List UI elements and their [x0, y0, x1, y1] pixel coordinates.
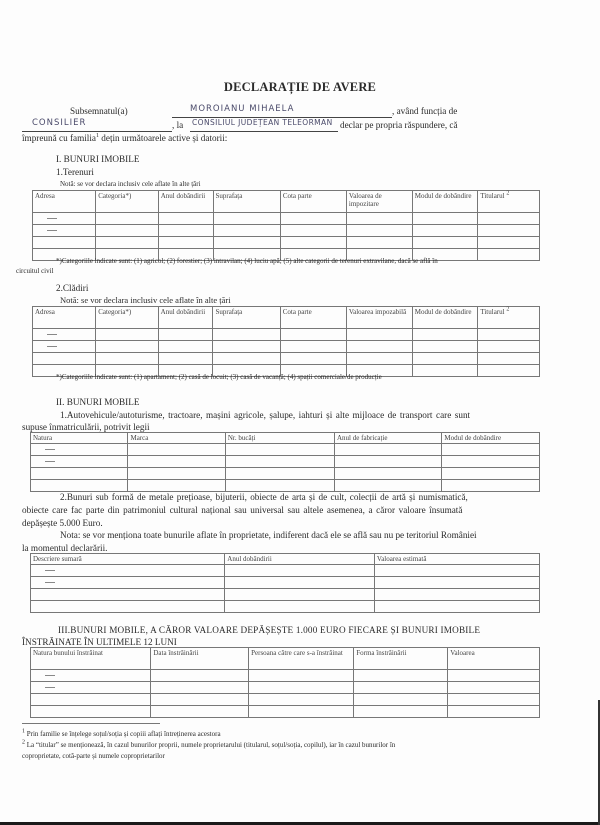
table-cell[interactable]	[412, 237, 478, 249]
vehicles-table: NaturaMarcaNr. bucățiAnul de fabricațieM…	[30, 432, 540, 492]
table-cell[interactable]	[96, 225, 158, 237]
table-row	[31, 444, 540, 456]
vehicles-text1: 1.Autovehicule/autoturisme, tractoare, m…	[60, 410, 470, 420]
table-cell[interactable]	[128, 468, 225, 480]
dash-mark	[47, 230, 57, 231]
column-header: Modul de dobândire	[412, 307, 478, 329]
terenuri-footnote-cont: circuitul civil	[16, 267, 54, 275]
column-header: Modul de dobândire	[412, 191, 478, 213]
table-cell[interactable]	[280, 329, 346, 341]
column-header: Anul de fabricație	[335, 433, 442, 444]
table-row	[31, 694, 540, 706]
table-cell[interactable]	[96, 329, 158, 341]
table-cell[interactable]	[280, 225, 346, 237]
table-cell[interactable]	[335, 444, 442, 456]
table-cell[interactable]	[478, 249, 540, 261]
declaration-page: DECLARAȚIE DE AVERE Subsemnatul(a) MOROI…	[0, 0, 600, 825]
table-cell[interactable]	[346, 353, 412, 365]
dash-mark	[45, 687, 55, 688]
table-cell[interactable]	[374, 577, 539, 589]
table-cell[interactable]	[335, 480, 442, 492]
table-cell[interactable]	[213, 329, 280, 341]
table-cell[interactable]	[128, 480, 225, 492]
column-header: Natura bunului înstrăinat	[31, 648, 151, 670]
table-cell[interactable]	[128, 444, 225, 456]
footnote-divider	[22, 723, 160, 724]
column-header: Cota parte	[280, 307, 346, 329]
table-row	[31, 589, 540, 601]
valuables-text2: obiecte care fac parte din patrimoniul c…	[22, 505, 462, 515]
table-cell[interactable]	[33, 237, 96, 249]
table-cell[interactable]	[158, 329, 213, 341]
table-cell[interactable]	[33, 341, 96, 353]
table-cell[interactable]	[31, 682, 151, 694]
table-cell[interactable]	[225, 601, 375, 613]
table-cell[interactable]	[213, 237, 280, 249]
table-cell[interactable]	[31, 706, 151, 718]
table-row	[33, 225, 540, 237]
table-header-row: NaturaMarcaNr. bucățiAnul de fabricațieM…	[31, 433, 540, 444]
avand-functia-text: , având funcția de	[392, 106, 457, 116]
table-cell[interactable]	[225, 456, 334, 468]
table-row	[31, 565, 540, 577]
table-row	[31, 706, 540, 718]
table-header-row: AdresaCategoria*)Anul dobândiriiSuprafaț…	[33, 191, 540, 213]
column-header: Natura	[31, 433, 128, 444]
declar-text: declar pe propria răspundere, că	[340, 120, 458, 130]
footnote-2-cont: coproprietate, cotă-parte și numele copr…	[22, 752, 165, 760]
terenuri-title: 1.Terenuri	[56, 167, 94, 177]
table-cell[interactable]	[478, 225, 540, 237]
terenuri-table: AdresaCategoria*)Anul dobândiriiSuprafaț…	[32, 190, 540, 261]
terenuri-note: Notă: se vor declara inclusiv cele aflat…	[60, 180, 201, 188]
table-row	[31, 577, 540, 589]
column-header: Valoarea impozabilă	[346, 307, 412, 329]
table-cell[interactable]	[33, 353, 96, 365]
terenuri-footnote: *)Categoriile indicate sunt: (1) agricol…	[56, 257, 438, 265]
table-cell[interactable]	[31, 480, 128, 492]
table-cell[interactable]	[249, 682, 354, 694]
table-cell[interactable]	[442, 456, 540, 468]
column-header: Modul de dobândire	[442, 433, 540, 444]
table-cell[interactable]	[158, 341, 213, 353]
footnote-ref-2: 2	[506, 307, 509, 313]
intro-line3-a: împreună cu familia	[22, 133, 96, 143]
column-header: Anul dobândirii	[225, 554, 375, 565]
table-row	[33, 213, 540, 225]
column-header: Adresa	[33, 191, 96, 213]
subsemnatul-label: Subsemnatul(a)	[70, 106, 128, 116]
table-cell[interactable]	[280, 353, 346, 365]
table-cell[interactable]	[280, 213, 346, 225]
table-cell[interactable]	[346, 213, 412, 225]
table-row	[31, 682, 540, 694]
table-row	[31, 480, 540, 492]
table-cell[interactable]	[151, 682, 249, 694]
table-cell[interactable]	[346, 225, 412, 237]
table-row	[33, 353, 540, 365]
table-cell[interactable]	[128, 456, 225, 468]
table-cell[interactable]	[151, 706, 249, 718]
table-cell[interactable]	[442, 480, 540, 492]
valuables-note1: Nota: se vor menționa toate bunurile afl…	[60, 530, 477, 540]
table-cell[interactable]	[96, 341, 158, 353]
table-row	[31, 601, 540, 613]
section3-heading1: III.BUNURI MOBILE, A CĂROR VALOARE DEPĂȘ…	[58, 625, 480, 635]
table-cell[interactable]	[96, 237, 158, 249]
table-cell[interactable]	[448, 706, 540, 718]
table-cell[interactable]	[31, 601, 225, 613]
cladiri-table: AdresaCategoria*)Anul dobândiriiSuprafaț…	[32, 306, 540, 377]
cladiri-title: 2.Clădiri	[56, 283, 88, 293]
section1-heading: I. BUNURI IMOBILE	[56, 154, 139, 164]
table-cell[interactable]	[478, 365, 540, 377]
function-handwritten: CONSILIER	[32, 118, 86, 128]
alienated-table: Natura bunului înstrăinatData înstrăinăr…	[30, 647, 540, 718]
valuables-note2: la momentul declarării.	[22, 543, 107, 553]
table-cell[interactable]	[213, 353, 280, 365]
table-cell[interactable]	[478, 353, 540, 365]
table-cell[interactable]	[249, 694, 354, 706]
table-cell[interactable]	[478, 329, 540, 341]
column-header: Nr. bucăți	[225, 433, 334, 444]
valuables-table: Descriere sumarăAnul dobândiriiValoarea …	[30, 553, 540, 613]
table-cell[interactable]	[354, 706, 448, 718]
cladiri-note: Notă: se vor declara inclusiv cele aflat…	[60, 295, 231, 305]
table-row	[31, 468, 540, 480]
column-header: Titularul 2	[478, 191, 540, 213]
name-handwritten: MOROIANU MIHAELA	[190, 104, 294, 114]
column-header: Anul dobândirii	[158, 191, 213, 213]
column-header: Titularul 2	[478, 307, 540, 329]
table-cell[interactable]	[213, 213, 280, 225]
table-cell[interactable]	[33, 329, 96, 341]
table-cell[interactable]	[412, 213, 478, 225]
section3-heading2: ÎNSTRĂINATE ÎN ULTIMELE 12 LUNI	[22, 637, 177, 647]
column-header: Categoria*)	[96, 191, 158, 213]
table-cell[interactable]	[354, 694, 448, 706]
table-cell[interactable]	[374, 601, 539, 613]
table-cell[interactable]	[478, 213, 540, 225]
table-cell[interactable]	[33, 225, 96, 237]
dash-mark	[47, 334, 57, 335]
footnote-1: 1 Prin familie se înțelege soțul/soția ș…	[22, 730, 221, 738]
table-row	[33, 341, 540, 353]
table-cell[interactable]	[448, 670, 540, 682]
la-label: , la	[172, 120, 183, 130]
table-cell[interactable]	[225, 565, 375, 577]
dash-mark	[45, 675, 55, 676]
table-cell[interactable]	[478, 237, 540, 249]
intro-line3-b: dețin următoarele active și datorii:	[99, 133, 227, 143]
table-cell[interactable]	[442, 468, 540, 480]
institution-handwritten: CONSILIUL JUDEȚEAN TELEORMAN	[192, 118, 333, 127]
footnote-2: 2 La “titular” se menționează, în cazul …	[22, 741, 395, 749]
table-cell[interactable]	[31, 456, 128, 468]
document-title: DECLARAȚIE DE AVERE	[0, 80, 600, 95]
table-cell[interactable]	[335, 468, 442, 480]
table-cell[interactable]	[213, 341, 280, 353]
column-header: Suprafața	[213, 191, 280, 213]
table-cell[interactable]	[225, 480, 334, 492]
name-field[interactable]: MOROIANU MIHAELA	[172, 106, 392, 118]
table-cell[interactable]	[31, 670, 151, 682]
table-cell[interactable]	[158, 353, 213, 365]
table-header-row: Descriere sumarăAnul dobândiriiValoarea …	[31, 554, 540, 565]
table-cell[interactable]	[478, 341, 540, 353]
table-cell[interactable]	[354, 670, 448, 682]
footnote-ref-2: 2	[506, 191, 509, 197]
table-cell[interactable]	[448, 682, 540, 694]
column-header: Suprafața	[213, 307, 280, 329]
table-cell[interactable]	[335, 456, 442, 468]
table-cell[interactable]	[412, 329, 478, 341]
table-cell[interactable]	[96, 213, 158, 225]
table-cell[interactable]	[151, 694, 249, 706]
table-cell[interactable]	[225, 577, 375, 589]
table-cell[interactable]	[354, 682, 448, 694]
column-header: Valoarea	[448, 648, 540, 670]
column-header: Valoarea estimată	[374, 554, 539, 565]
table-cell[interactable]	[412, 353, 478, 365]
table-cell[interactable]	[151, 670, 249, 682]
table-cell[interactable]	[31, 577, 225, 589]
table-cell[interactable]	[346, 341, 412, 353]
column-header: Forma înstrăinării	[354, 648, 448, 670]
table-cell[interactable]	[249, 670, 354, 682]
table-cell[interactable]	[33, 213, 96, 225]
dash-mark	[45, 570, 55, 571]
table-cell[interactable]	[31, 444, 128, 456]
function-field[interactable]: CONSILIER	[22, 120, 172, 132]
table-cell[interactable]	[158, 225, 213, 237]
footnote-1-text: Prin familie se înțelege soțul/soția și …	[25, 730, 221, 738]
column-header: Valoarea de impozitare	[346, 191, 412, 213]
intro-line3: împreună cu familia1 dețin următoarele a…	[22, 133, 227, 143]
table-cell[interactable]	[412, 225, 478, 237]
table-cell[interactable]	[412, 341, 478, 353]
table-header-row: AdresaCategoria*)Anul dobândiriiSuprafaț…	[33, 307, 540, 329]
institution-field[interactable]: CONSILIUL JUDEȚEAN TELEORMAN	[190, 120, 338, 132]
column-header: Adresa	[33, 307, 96, 329]
column-header: Descriere sumară	[31, 554, 225, 565]
table-cell[interactable]	[225, 468, 334, 480]
table-cell[interactable]	[31, 565, 225, 577]
table-cell[interactable]	[225, 444, 334, 456]
table-cell[interactable]	[158, 213, 213, 225]
table-cell[interactable]	[31, 468, 128, 480]
dash-mark	[47, 218, 57, 219]
dash-mark	[47, 346, 57, 347]
table-cell[interactable]	[249, 706, 354, 718]
table-cell[interactable]	[448, 694, 540, 706]
table-row	[31, 456, 540, 468]
table-cell[interactable]	[346, 237, 412, 249]
column-header: Categoria*)	[96, 307, 158, 329]
valuables-text3: depășește 5.000 Euro.	[22, 518, 103, 528]
table-cell[interactable]	[442, 444, 540, 456]
section2-heading: II. BUNURI MOBILE	[56, 397, 139, 407]
column-header: Marca	[128, 433, 225, 444]
table-cell[interactable]	[280, 237, 346, 249]
column-header: Anul dobândirii	[158, 307, 213, 329]
table-row	[31, 670, 540, 682]
table-cell[interactable]	[346, 329, 412, 341]
column-header: Data înstrăinării	[151, 648, 249, 670]
table-row	[33, 237, 540, 249]
table-cell[interactable]	[374, 589, 539, 601]
dash-mark	[45, 449, 55, 450]
table-cell[interactable]	[280, 341, 346, 353]
vehicles-text2: supuse înmatriculării, potrivit legii	[22, 422, 150, 432]
table-cell[interactable]	[31, 694, 151, 706]
dash-mark	[45, 461, 55, 462]
table-cell[interactable]	[225, 589, 375, 601]
valuables-text1: 2.Bunuri sub formă de metale prețioase, …	[60, 492, 468, 502]
table-cell[interactable]	[374, 565, 539, 577]
table-cell[interactable]	[96, 353, 158, 365]
table-cell[interactable]	[412, 365, 478, 377]
table-cell[interactable]	[31, 589, 225, 601]
dash-mark	[45, 582, 55, 583]
table-header-row: Natura bunului înstrăinatData înstrăinăr…	[31, 648, 540, 670]
table-cell[interactable]	[158, 237, 213, 249]
cladiri-footnote: *)Categoriile indicate sunt: (1) apartam…	[56, 373, 382, 381]
column-header: Cota parte	[280, 191, 346, 213]
table-cell[interactable]	[213, 225, 280, 237]
column-header: Persoana către care s-a înstrăinat	[249, 648, 354, 670]
footnote-2-text: La “titular” se menționează, în cazul bu…	[25, 741, 395, 749]
table-row	[33, 329, 540, 341]
